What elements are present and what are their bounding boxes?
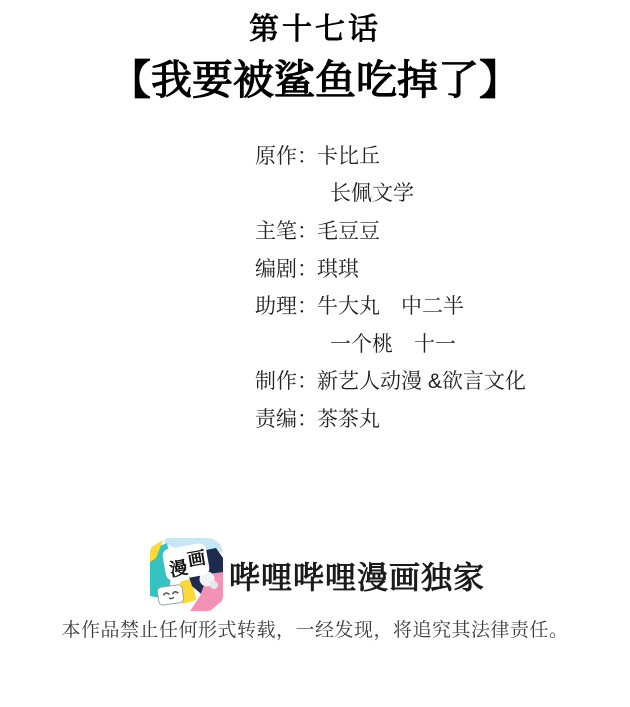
credit-row-editor: 责编： 茶茶丸 xyxy=(255,399,615,437)
credit-row-screenwriter: 编剧： 琪琪 xyxy=(255,249,615,287)
credit-row-lead-artist: 主笔： 毛豆豆 xyxy=(255,211,615,249)
credit-label: 编剧： xyxy=(255,253,317,283)
credit-value: 长佩文学 xyxy=(330,177,414,207)
credit-row-original-publisher: 长佩文学 xyxy=(255,174,615,212)
bilibili-comics-app-icon: 漫 画 xyxy=(150,538,223,611)
bilibili-comics-exclusive-label: 哔哩哔哩漫画独家 xyxy=(229,552,485,597)
chapter-title: 【我要被鲨鱼吃掉了】 xyxy=(0,47,630,106)
credit-label: 助理： xyxy=(255,290,317,320)
credit-row-assistants: 助理： 牛大丸 中二半 xyxy=(255,286,615,324)
credit-value: 毛豆豆 xyxy=(317,215,380,245)
icon-tv-mascot xyxy=(157,584,184,605)
legal-notice: 本作品禁止任何形式转载，一经发现，将追究其法律责任。 xyxy=(0,615,630,642)
credit-label: 主笔： xyxy=(255,215,317,245)
icon-manhua-char-2: 画 xyxy=(186,547,207,570)
credit-value: 茶茶丸 xyxy=(317,403,380,433)
credit-row-assistants-2: 一个桃 十一 xyxy=(255,324,615,362)
credit-row-production: 制作： 新艺人动漫 &欲言文化 xyxy=(255,362,615,400)
credit-value: 新艺人动漫 &欲言文化 xyxy=(317,365,526,395)
icon-glove-cuff xyxy=(210,581,218,589)
credits-list: 原作： 卡比丘 长佩文学 主笔： 毛豆豆 编剧： 琪琪 助理： 牛大丸 中二半 … xyxy=(255,136,615,437)
credit-value: 卡比丘 xyxy=(317,140,380,170)
icon-manhua-char-1: 漫 xyxy=(168,556,189,580)
credit-value: 一个桃 十一 xyxy=(330,328,456,358)
credit-label: 制作： xyxy=(255,365,317,395)
credit-value: 琪琪 xyxy=(317,253,359,283)
credit-label: 原作： xyxy=(255,140,317,170)
credit-value: 牛大丸 中二半 xyxy=(317,290,464,320)
bilibili-comics-branding: 漫 画 哔哩哔哩漫画独家 xyxy=(0,538,630,611)
credit-label: 责编： xyxy=(255,403,317,433)
credit-row-original-author: 原作： 卡比丘 xyxy=(255,136,615,174)
episode-title: 第十七话 xyxy=(0,4,630,48)
